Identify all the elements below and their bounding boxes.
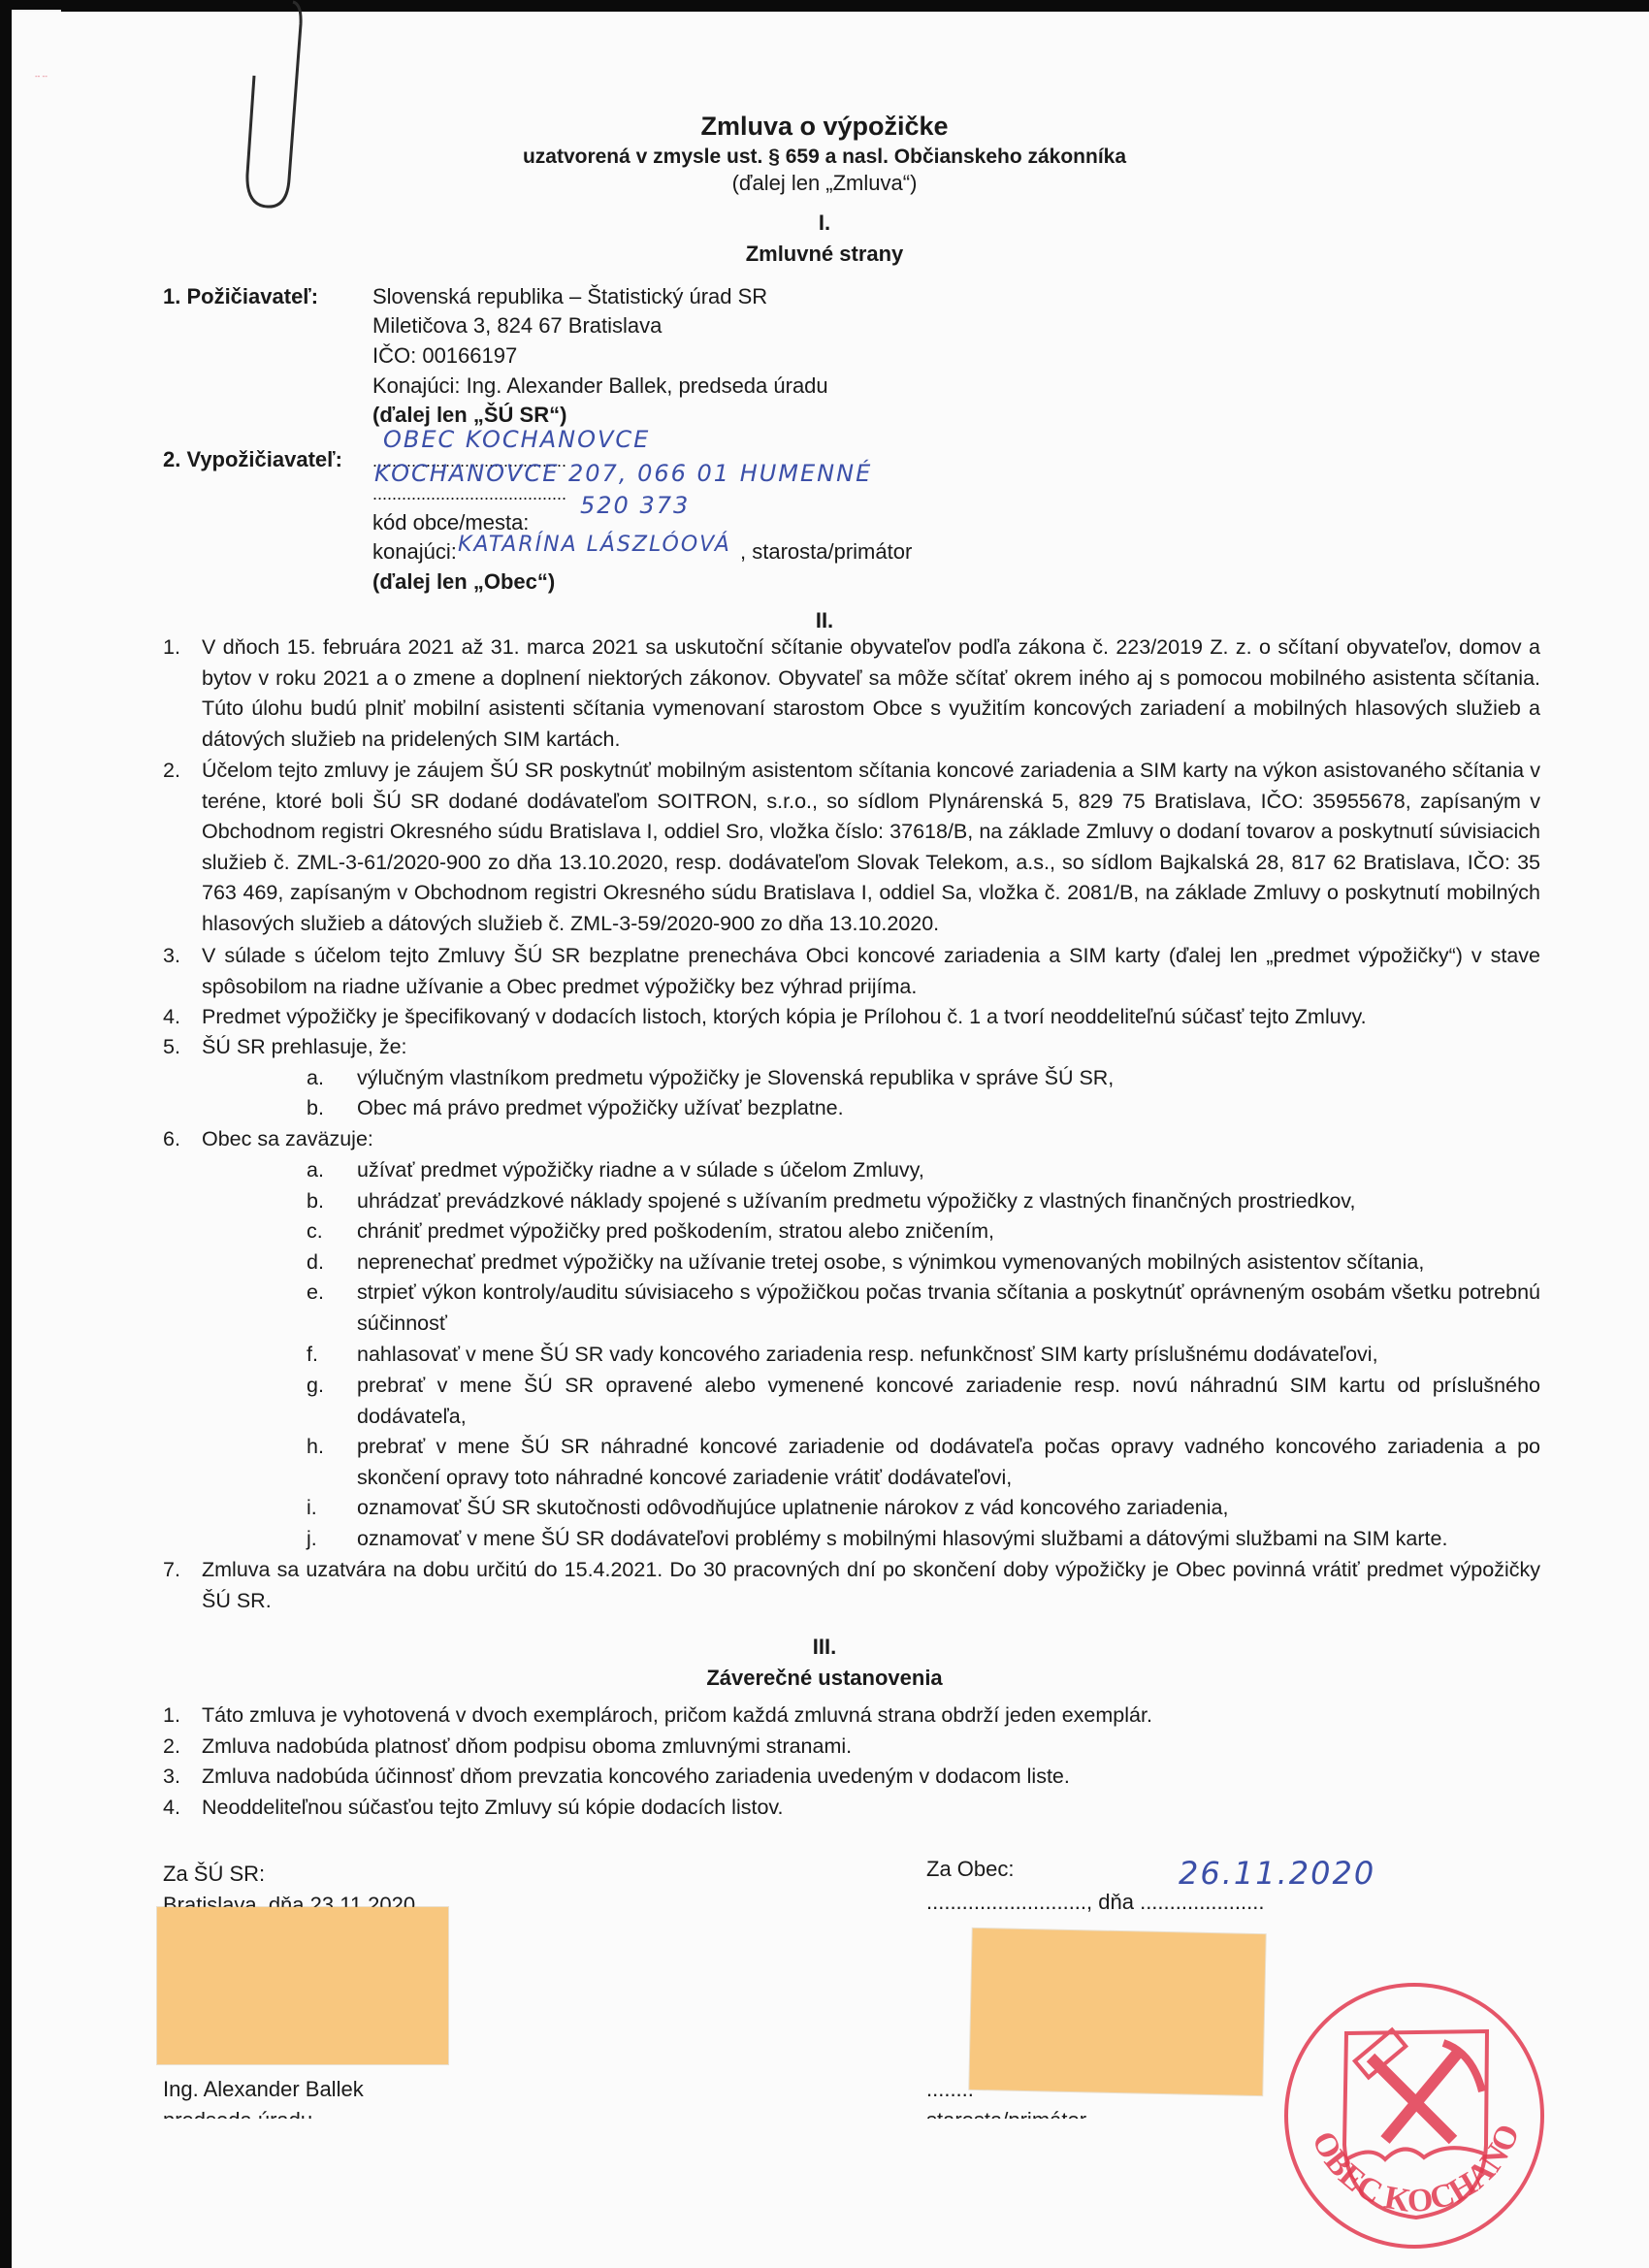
list-item-text: užívať predmet výpožičky riadne a v súla…	[357, 1155, 1540, 1186]
list-item-letter: g.	[307, 1371, 324, 1402]
section-2-paragraph: 5. ŠÚ SR prehlasuje, že:	[163, 1032, 1540, 1063]
section-1-heading: Zmluvné strany	[0, 242, 1649, 267]
list-item-text: strpieť výkon kontroly/auditu súvisiaceh…	[357, 1278, 1540, 1339]
list-item-text: prebrať v mene ŠÚ SR náhradné koncové za…	[357, 1432, 1540, 1493]
list-item-text: Obec má právo predmet výpožičky užívať b…	[357, 1093, 1540, 1124]
list-item: a. výlučným vlastníkom predmetu výpožičk…	[307, 1063, 1540, 1094]
paragraph-text: V súlade s účelom tejto Zmluvy ŠÚ SR bez…	[202, 941, 1540, 1002]
paragraph-text: Zmluva sa uzatvára na dobu určitú do 15.…	[202, 1555, 1540, 1616]
lender-alias: (ďalej len „ŠÚ SR“)	[372, 402, 566, 428]
list-item: i. oznamovať ŠÚ SR skutočnosti odôvodňuj…	[307, 1493, 1540, 1524]
paragraph-number: 1.	[163, 1701, 180, 1732]
document-alias: (ďalej len „Zmluva“)	[0, 171, 1649, 196]
paragraph-text: Obec sa zaväzuje:	[202, 1124, 1540, 1155]
paragraph-text: Účelom tejto zmluvy je záujem ŠÚ SR posk…	[202, 756, 1540, 939]
section-3-paragraph: 2. Zmluva nadobúda platnosť dňom podpisu…	[163, 1732, 1540, 1763]
section-3-numeral: III.	[0, 1635, 1649, 1660]
signature-right-place-date: ..........................., dňa .......…	[926, 1889, 1264, 1915]
contract-document: Zmluva o výpožičke uzatvorená v zmysle u…	[0, 0, 1649, 2268]
section-2-paragraph: 7. Zmluva sa uzatvára na dobu určitú do …	[163, 1555, 1540, 1616]
list-item-text: výlučným vlastníkom predmetu výpožičky j…	[357, 1063, 1540, 1094]
paragraph-number: 1.	[163, 632, 180, 664]
paragraph-number: 4.	[163, 1002, 180, 1033]
redaction-sticker-left	[157, 1907, 448, 2064]
list-item: h. prebrať v mene ŠÚ SR náhradné koncové…	[307, 1432, 1540, 1493]
lender-line: Slovenská republika – Štatistický úrad S…	[372, 283, 767, 309]
document-title: Zmluva o výpožičke	[0, 112, 1649, 142]
section-2-numeral: II.	[0, 608, 1649, 633]
borrower-alias: (ďalej len „Obec“)	[372, 568, 555, 595]
paragraph-number: 3.	[163, 1762, 180, 1793]
list-item-text: prebrať v mene ŠÚ SR opravené alebo vyme…	[357, 1371, 1540, 1432]
borrower-address-dotted-line: ........................................	[372, 481, 566, 507]
paragraph-text: ŠÚ SR prehlasuje, že:	[202, 1032, 1540, 1063]
paragraph-text: Zmluva nadobúda platnosť dňom podpisu ob…	[202, 1732, 1540, 1763]
list-item-letter: b.	[307, 1093, 324, 1124]
signature-left-label: Za ŠÚ SR:	[163, 1861, 265, 1887]
list-item-letter: j.	[307, 1524, 317, 1555]
signature-right-date-handwritten: 26.11.2020	[1179, 1861, 1375, 1887]
acting-role: , starosta/primátor	[740, 538, 912, 565]
list-item-letter: b.	[307, 1186, 324, 1217]
list-item-letter: e.	[307, 1278, 324, 1309]
section-3-paragraph: 4. Neoddeliteľnou súčasťou tejto Zmluvy …	[163, 1793, 1540, 1824]
list-item: g. prebrať v mene ŠÚ SR opravené alebo v…	[307, 1371, 1540, 1432]
paragraph-number: 6.	[163, 1124, 180, 1155]
lender-label: 1. Požičiavateľ:	[163, 283, 318, 309]
section-3-paragraph: 3. Zmluva nadobúda účinnosť dňom prevzat…	[163, 1762, 1540, 1793]
list-item-letter: h.	[307, 1432, 324, 1463]
paragraph-text: V dňoch 15. februára 2021 až 31. marca 2…	[202, 632, 1540, 755]
signature-right-label: Za Obec:	[926, 1856, 1014, 1882]
signature-left-role: predseda úradu	[163, 2107, 312, 2119]
list-item-text: oznamovať v mene ŠÚ SR dodávateľovi prob…	[357, 1524, 1540, 1555]
paragraph-text: Neoddeliteľnou súčasťou tejto Zmluvy sú …	[202, 1793, 1540, 1824]
signature-left-name: Ing. Alexander Ballek	[163, 2076, 364, 2102]
paragraph-text: Táto zmluva je vyhotovená v dvoch exempl…	[202, 1701, 1540, 1732]
list-item: b. Obec má právo predmet výpožičky užíva…	[307, 1093, 1540, 1124]
section-2-paragraph: 6. Obec sa zaväzuje:	[163, 1124, 1540, 1155]
paragraph-number: 3.	[163, 941, 180, 972]
list-item-text: oznamovať ŠÚ SR skutočnosti odôvodňujúce…	[357, 1493, 1540, 1524]
list-item: b. uhrádzať prevádzkové náklady spojené …	[307, 1186, 1540, 1217]
signature-right-line: ........................................…	[926, 2076, 975, 2102]
list-item-letter: a.	[307, 1063, 324, 1094]
borrower-label: 2. Vypožičiavateľ:	[163, 446, 342, 472]
list-item-text: uhrádzať prevádzkové náklady spojené s u…	[357, 1186, 1540, 1217]
list-item-letter: c.	[307, 1216, 323, 1247]
list-item: f. nahlasovať v mene ŠÚ SR vady koncovéh…	[307, 1340, 1540, 1371]
section-2-paragraph: 2. Účelom tejto zmluvy je záujem ŠÚ SR p…	[163, 756, 1540, 939]
list-item-text: chrániť predmet výpožičky pred poškodení…	[357, 1216, 1540, 1247]
redaction-sticker-right	[969, 1928, 1265, 2095]
municipality-stamp-icon: OBEC KOCHANOVCE	[1278, 1975, 1550, 2256]
lender-line: IČO: 00166197	[372, 342, 517, 369]
list-item: a. užívať predmet výpožičky riadne a v s…	[307, 1155, 1540, 1186]
section-2-paragraph: 4. Predmet výpožičky je špecifikovaný v …	[163, 1002, 1540, 1033]
section-2-paragraph: 3. V súlade s účelom tejto Zmluvy ŠÚ SR …	[163, 941, 1540, 1002]
paragraph-number: 5.	[163, 1032, 180, 1063]
list-item-text: neprenechať predmet výpožičky na užívani…	[357, 1247, 1540, 1279]
paragraph-number: 2.	[163, 756, 180, 787]
lender-line: Miletičova 3, 824 67 Bratislava	[372, 312, 662, 339]
section-3-paragraph: 1. Táto zmluva je vyhotovená v dvoch exe…	[163, 1701, 1540, 1732]
list-item-letter: f.	[307, 1340, 318, 1371]
acting-name-handwritten: KATARÍNA LÁSZLÓOVÁ	[458, 532, 731, 558]
list-item: c. chrániť predmet výpožičky pred poškod…	[307, 1216, 1540, 1247]
list-item-letter: d.	[307, 1247, 324, 1279]
paragraph-text: Predmet výpožičky je špecifikovaný v dod…	[202, 1002, 1540, 1033]
list-item: j. oznamovať v mene ŠÚ SR dodávateľovi p…	[307, 1524, 1540, 1555]
section-2-paragraph: 1. V dňoch 15. februára 2021 až 31. marc…	[163, 632, 1540, 755]
signature-right-role: starosta/primátor	[926, 2107, 1086, 2119]
paragraph-number: 7.	[163, 1555, 180, 1586]
list-item-text: nahlasovať v mene ŠÚ SR vady koncového z…	[357, 1340, 1540, 1371]
list-item-letter: i.	[307, 1493, 317, 1524]
municipality-code-handwritten: 520 373	[580, 493, 690, 519]
paragraph-number: 4.	[163, 1793, 180, 1824]
paragraph-number: 2.	[163, 1732, 180, 1763]
list-item-letter: a.	[307, 1155, 324, 1186]
acting-label: konajúci:	[372, 538, 457, 565]
list-item: e. strpieť výkon kontroly/auditu súvisia…	[307, 1278, 1540, 1339]
section-3-heading: Záverečné ustanovenia	[0, 1666, 1649, 1691]
lender-line: Konajúci: Ing. Alexander Ballek, predsed…	[372, 373, 828, 399]
list-item: d. neprenechať predmet výpožičky na užív…	[307, 1247, 1540, 1279]
paragraph-text: Zmluva nadobúda účinnosť dňom prevzatia …	[202, 1762, 1540, 1793]
section-1-numeral: I.	[0, 211, 1649, 236]
document-subtitle: uzatvorená v zmysle ust. § 659 a nasl. O…	[0, 146, 1649, 169]
